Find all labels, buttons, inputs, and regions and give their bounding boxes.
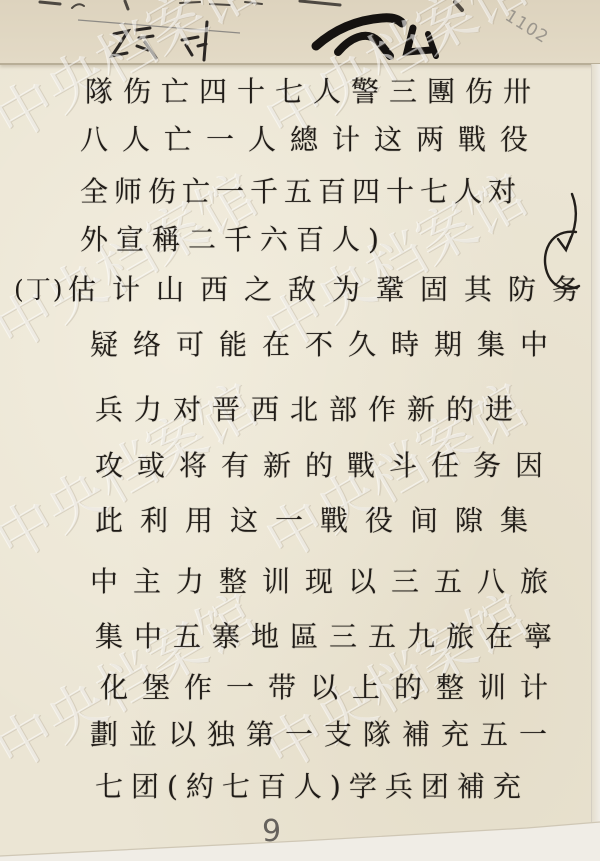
manuscript-line: 化堡作一带以上的整训计 (100, 670, 562, 706)
page-number: 9 (262, 814, 281, 849)
manuscript-line: 全师伤亡一千五百四十七人对 (80, 174, 522, 210)
manuscript-line: 八人亡一人總计这两戰役 (80, 122, 542, 158)
manuscript-line: 集中五寨地區三五九旅在寧 (95, 619, 563, 655)
manuscript-line: 外宣稱二千六百人) (80, 222, 387, 258)
manuscript-line: 疑络可能在不久時期集中 (90, 327, 563, 363)
manuscript-line: 中主力整训现以三五八旅 (90, 564, 563, 600)
manuscript-line: 七团(約七百人)学兵团補充 (95, 769, 529, 805)
manuscript-line: 隊伤亡四十七人警三團伤卅 (85, 74, 541, 110)
manuscript-line: 估计山西之敌为鞏固其防务 (68, 272, 596, 308)
manuscript-line: 此利用这一戰役间隙集 (95, 503, 545, 539)
manuscript-line: 劃並以独第一支隊補充五一 (90, 717, 558, 753)
section-marker: (丁) (14, 272, 65, 308)
manuscript-line: 兵力对晋西北部作新的进 (95, 392, 524, 428)
manuscript-line: 攻或将有新的戰斗任务因 (95, 448, 557, 484)
paper-right-edge (591, 64, 600, 824)
